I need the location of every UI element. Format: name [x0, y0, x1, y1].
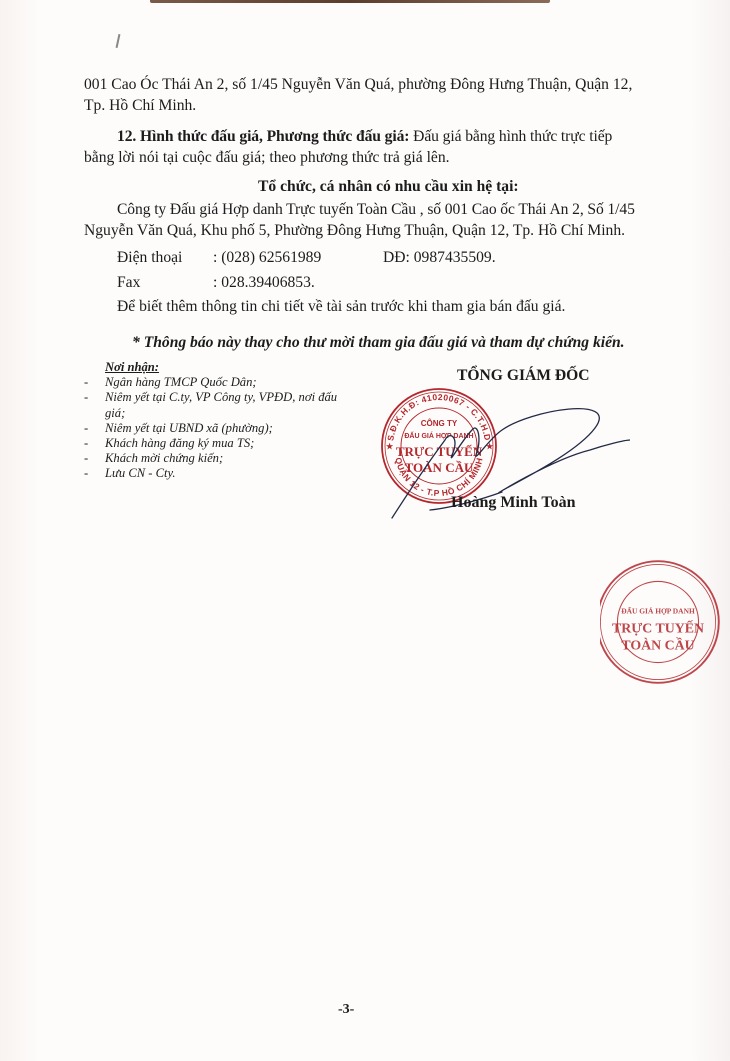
fax-value: : 028.39406853. — [213, 273, 315, 293]
pen-mark — [116, 34, 121, 48]
section-12-line-2: bằng lời nói tại cuộc đấu giá; theo phươ… — [84, 148, 450, 168]
svg-text:★: ★ — [386, 442, 394, 451]
recipients-heading: Nơi nhận: — [105, 360, 355, 375]
stamp-line-2: ĐẤU GIÁ HỢP DANH — [404, 430, 473, 440]
mobile-number: DĐ: 0987435509. — [383, 248, 496, 268]
signatory-name: Hoàng Minh Toàn — [451, 493, 576, 513]
svg-text:ĐẤU GIÁ HỢP DANH: ĐẤU GIÁ HỢP DANH — [621, 605, 695, 615]
section-12-heading: 12. Hình thức đấu giá, Phương thức đấu g… — [117, 128, 409, 145]
company-line-2: Nguyễn Văn Quá, Khu phố 5, Phường Đông H… — [84, 221, 625, 241]
section-12-text: Đấu giá bằng hình thức trực tiếp — [409, 128, 612, 145]
section-12-line-1: 12. Hình thức đấu giá, Phương thức đấu g… — [117, 127, 612, 147]
more-info-text: Để biết thêm thông tin chi tiết về tài s… — [117, 297, 565, 317]
company-stamp: S.Đ.K.H.Đ: 41020067 - C.T.H.D QUẬN 12 - … — [379, 386, 499, 506]
stamp-line-3: TRỰC TUYẾN — [396, 444, 483, 459]
signatory-title: TỔNG GIÁM ĐỐC — [457, 366, 590, 386]
phone-value: : (028) 62561989 — [213, 248, 321, 268]
scan-top-edge — [150, 0, 550, 3]
recipient-item: -Niêm yết tại UBND xã (phường); — [84, 421, 355, 436]
recipient-item: -Ngân hàng TMCP Quốc Dân; — [84, 375, 355, 390]
stamp-line-4: TOÀN CẦU — [405, 460, 474, 475]
address-line-2: Tp. Hồ Chí Minh. — [84, 96, 196, 116]
page-number: -3- — [338, 1000, 354, 1020]
recipient-item: -Niêm yết tại C.ty, VP Công ty, VPĐD, nơ… — [84, 390, 355, 420]
company-line-1: Công ty Đấu giá Hợp danh Trực tuyến Toàn… — [117, 200, 635, 220]
address-line-1: 001 Cao Óc Thái An 2, số 1/45 Nguyễn Văn… — [84, 75, 632, 95]
stamp-line-1: CÔNG TY — [421, 419, 458, 428]
recipient-item: -Lưu CN - Cty. — [84, 466, 355, 481]
recipients-list: Nơi nhận: -Ngân hàng TMCP Quốc Dân; -Niê… — [84, 360, 355, 482]
phone-label: Điện thoại — [117, 248, 182, 268]
svg-text:TOÀN CẦU: TOÀN CẦU — [621, 637, 694, 653]
stamp-impression-edge: ĐẤU GIÁ HỢP DANH TRỰC TUYẾN TOÀN CẦU — [600, 552, 728, 692]
svg-text:TRỰC TUYẾN: TRỰC TUYẾN — [612, 620, 704, 636]
fax-label: Fax — [117, 273, 140, 293]
svg-text:★: ★ — [486, 442, 494, 451]
recipient-item: -Khách mời chứng kiến; — [84, 451, 355, 466]
recipient-item: -Khách hàng đăng ký mua TS; — [84, 436, 355, 451]
contact-heading: Tổ chức, cá nhân có nhu cầu xin hệ tại: — [258, 177, 519, 197]
notice-text: * Thông báo này thay cho thư mời tham gi… — [132, 333, 625, 353]
